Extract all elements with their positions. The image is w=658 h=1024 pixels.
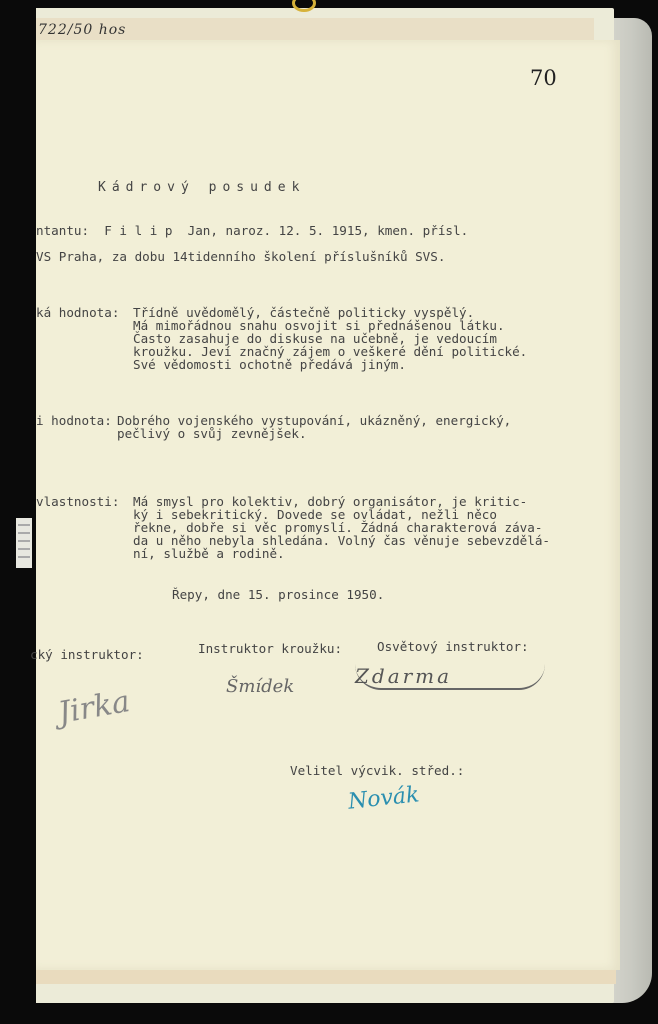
page-number: 70	[530, 66, 557, 90]
signature-role: Osvětový instruktor:	[377, 640, 529, 653]
signature: Šmídek	[226, 676, 294, 697]
section-line: pečlivý o svůj zevnějšek.	[117, 427, 307, 440]
signature-role: Instruktor kroužku:	[198, 642, 342, 655]
commander-label: Velitel výcvik. střed.:	[290, 764, 464, 777]
intro-line: VS Praha, za dobu 14tidenního školení př…	[36, 250, 445, 263]
place-date: Řepy, dne 15. prosince 1950.	[172, 588, 384, 601]
intro-line: ntantu: F i l i p Jan, naroz. 12. 5. 191…	[36, 224, 468, 237]
signature: Zdarma	[355, 664, 545, 690]
tab-marker	[16, 518, 32, 568]
section-label: ká hodnota:	[36, 306, 119, 319]
section-line: ní, službě a rodině.	[133, 547, 285, 560]
section-line: Své vědomosti ochotně předává jiným.	[133, 358, 406, 371]
page-bottom-edge	[10, 968, 616, 984]
section-label: vlastnosti:	[36, 495, 119, 508]
handwritten-reference: 722/50 hos	[38, 22, 126, 38]
section-label: i hodnota:	[36, 414, 112, 427]
signature-role: cký instruktor:	[30, 648, 144, 661]
document-title: Kádrový posudek	[98, 180, 305, 195]
scan-left-edge	[0, 0, 36, 1024]
